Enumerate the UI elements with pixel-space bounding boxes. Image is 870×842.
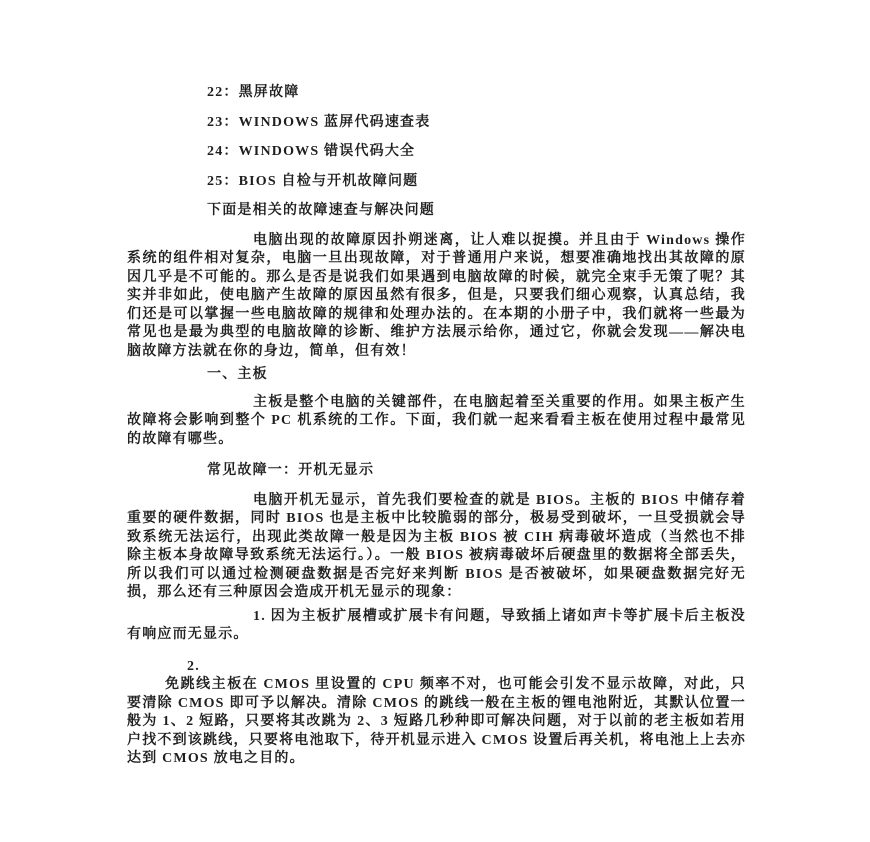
cause-2-number: 2.	[127, 658, 746, 677]
intro-line: 下面是相关的故障速查与解决问题	[127, 202, 746, 221]
toc-item-24: 24：WINDOWS 错误代码大全	[127, 143, 746, 162]
document-page: 22：黑屏故障 23：WINDOWS 蓝屏代码速查表 24：WINDOWS 错误…	[0, 0, 870, 842]
cause-2-paragraph: 免跳线主板在 CMOS 里设置的 CPU 频率不对，也可能会引发不显示故障，对此…	[127, 676, 746, 769]
fault-one-heading: 常见故障一：开机无显示	[127, 462, 746, 481]
toc-item-22: 22：黑屏故障	[127, 84, 746, 103]
overview-paragraph: 电脑出现的故障原因扑朔迷离，让人难以捉摸。并且由于 Windows 操作系统的组…	[127, 232, 746, 362]
document-text-column: 22：黑屏故障 23：WINDOWS 蓝屏代码速查表 24：WINDOWS 错误…	[127, 84, 746, 769]
mainboard-intro-paragraph: 主板是整个电脑的关键部件，在电脑起着至关重要的作用。如果主板产生故障将会影响到整…	[127, 394, 746, 450]
cause-1-paragraph: 1. 因为主板扩展槽或扩展卡有问题，导致插上诸如声卡等扩展卡后主板没有响应而无显…	[127, 608, 746, 645]
toc-item-23: 23：WINDOWS 蓝屏代码速查表	[127, 114, 746, 133]
toc-item-25: 25：BIOS 自检与开机故障问题	[127, 173, 746, 192]
section-heading-mainboard: 一、主板	[127, 366, 746, 385]
bios-paragraph: 电脑开机无显示，首先我们要检查的就是 BIOS。主板的 BIOS 中储存着重要的…	[127, 492, 746, 603]
